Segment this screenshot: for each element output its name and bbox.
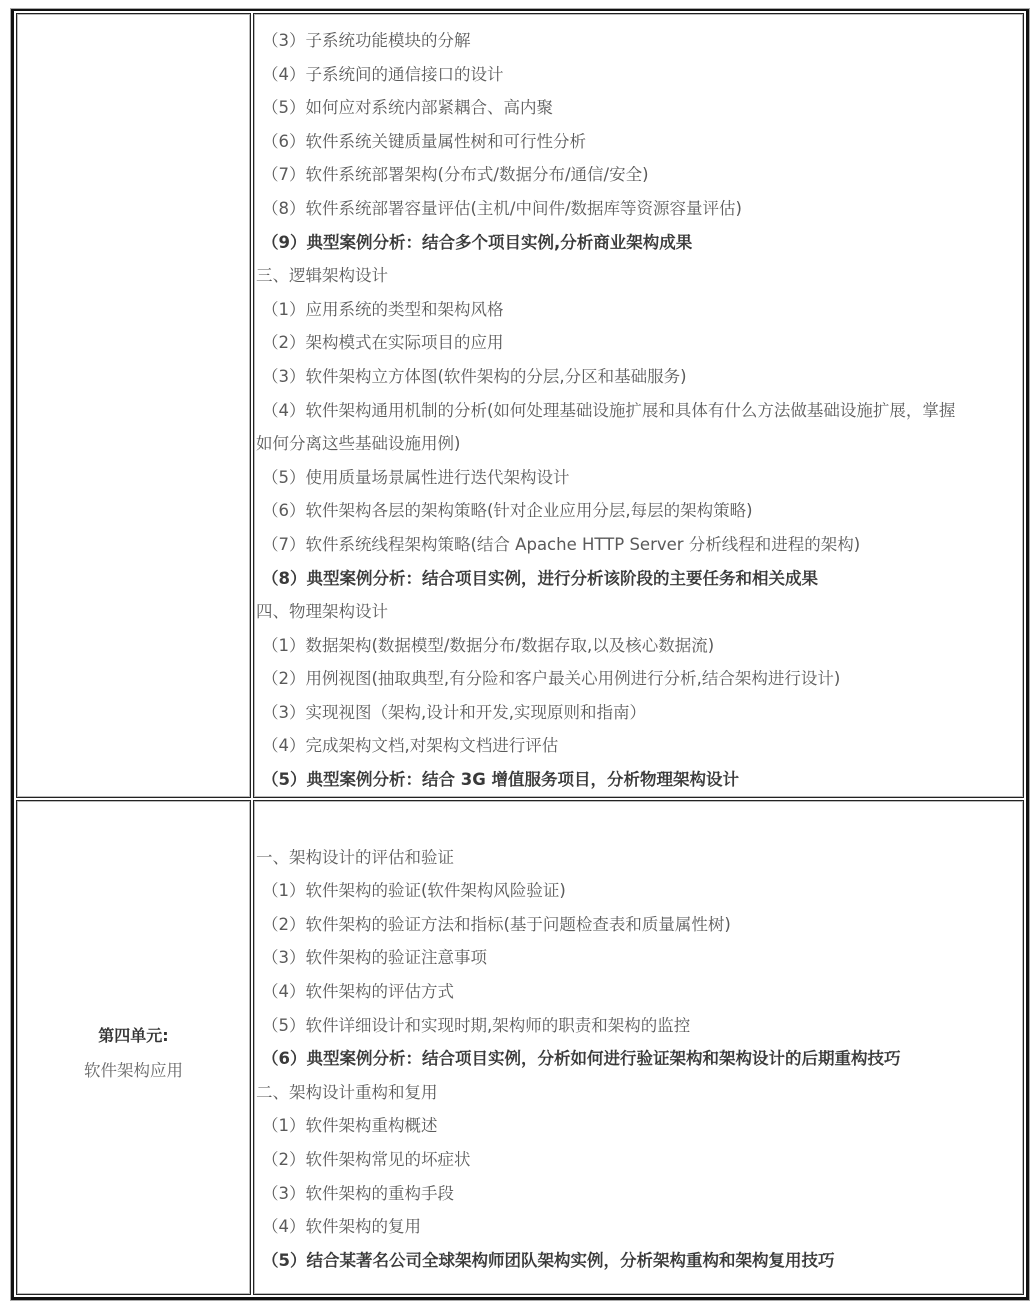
table-row: （3）子系统功能模块的分解（4）子系统间的通信接口的设计（5）如何应对系统内部紧… bbox=[16, 13, 1024, 798]
section-heading: 四、物理架构设计 bbox=[256, 595, 1023, 629]
list-item: （6）软件架构各层的架构策略(针对企业应用分层,每层的架构策略) bbox=[256, 494, 1023, 528]
section-heading: 一、架构设计的评估和验证 bbox=[256, 841, 1023, 875]
list-item: （1）软件架构的验证(软件架构风险验证) bbox=[256, 874, 1023, 908]
list-item: （3）子系统功能模块的分解 bbox=[256, 24, 1023, 58]
content-list: （3）子系统功能模块的分解（4）子系统间的通信接口的设计（5）如何应对系统内部紧… bbox=[254, 14, 1023, 797]
list-item: （3）软件架构的重构手段 bbox=[256, 1177, 1023, 1211]
list-item: （4）软件架构的评估方式 bbox=[256, 975, 1023, 1009]
section-heading: 三、逻辑架构设计 bbox=[256, 259, 1023, 293]
content-list: 一、架构设计的评估和验证（1）软件架构的验证(软件架构风险验证)（2）软件架构的… bbox=[254, 801, 1023, 1278]
list-item: （8）软件系统部署容量评估(主机/中间件/数据库等资源容量评估) bbox=[256, 192, 1023, 226]
unit-cell-empty bbox=[16, 13, 251, 798]
list-item: （3）实现视图（架构,设计和开发,实现原则和指南） bbox=[256, 696, 1023, 730]
content-cell: （3）子系统功能模块的分解（4）子系统间的通信接口的设计（5）如何应对系统内部紧… bbox=[253, 13, 1024, 798]
content-cell: 一、架构设计的评估和验证（1）软件架构的验证(软件架构风险验证)（2）软件架构的… bbox=[253, 800, 1024, 1295]
list-item: （5）典型案例分析：结合 3G 增值服务项目，分析物理架构设计 bbox=[256, 763, 1023, 797]
list-item: （3）软件架构立方体图(软件架构的分层,分区和基础服务) bbox=[256, 360, 1023, 394]
list-item: （6）典型案例分析：结合项目实例，分析如何进行验证架构和架构设计的后期重构技巧 bbox=[256, 1042, 1023, 1076]
unit-cell: 第四单元: 软件架构应用 bbox=[16, 800, 251, 1295]
list-item: （7）软件系统部署架构(分布式/数据分布/通信/安全) bbox=[256, 158, 1023, 192]
list-item: （2）架构模式在实际项目的应用 bbox=[256, 326, 1023, 360]
list-item: （4）软件架构的复用 bbox=[256, 1210, 1023, 1244]
list-item: （8）典型案例分析：结合项目实例，进行分析该阶段的主要任务和相关成果 bbox=[256, 562, 1023, 596]
list-item: （1）应用系统的类型和架构风格 bbox=[256, 293, 1023, 327]
list-item: （4）完成架构文档,对架构文档进行评估 bbox=[256, 729, 1023, 763]
list-item: （6）软件系统关键质量属性树和可行性分析 bbox=[256, 125, 1023, 159]
curriculum-table: （3）子系统功能模块的分解（4）子系统间的通信接口的设计（5）如何应对系统内部紧… bbox=[11, 9, 1029, 1300]
list-item: （9）典型案例分析：结合多个项目实例,分析商业架构成果 bbox=[256, 226, 1023, 260]
list-item: （4）子系统间的通信接口的设计 bbox=[256, 58, 1023, 92]
list-item: （5）结合某著名公司全球架构师团队架构实例，分析架构重构和架构复用技巧 bbox=[256, 1244, 1023, 1278]
list-item: （1）软件架构重构概述 bbox=[256, 1109, 1023, 1143]
table-row: 第四单元: 软件架构应用 一、架构设计的评估和验证（1）软件架构的验证(软件架构… bbox=[16, 800, 1024, 1295]
list-item: （7）软件系统线程架构策略(结合 Apache HTTP Server 分析线程… bbox=[256, 528, 1023, 562]
unit-name: 软件架构应用 bbox=[17, 1055, 250, 1087]
list-item: （3）软件架构的验证注意事项 bbox=[256, 941, 1023, 975]
list-item: （5）软件详细设计和实现时期,架构师的职责和架构的监控 bbox=[256, 1009, 1023, 1043]
section-heading: 二、架构设计重构和复用 bbox=[256, 1076, 1023, 1110]
list-item: （4）软件架构通用机制的分析(如何处理基础设施扩展和具体有什么方法做基础设施扩展… bbox=[256, 394, 1023, 428]
list-item: （5）如何应对系统内部紧耦合、高内聚 bbox=[256, 91, 1023, 125]
section-heading: 如何分离这些基础设施用例) bbox=[256, 427, 1023, 461]
unit-title: 第四单元: bbox=[17, 1017, 250, 1055]
list-item: （2）用例视图(抽取典型,有分险和客户最关心用例进行分析,结合架构进行设计) bbox=[256, 662, 1023, 696]
list-item: （5）使用质量场景属性进行迭代架构设计 bbox=[256, 461, 1023, 495]
list-item: （1）数据架构(数据模型/数据分布/数据存取,以及核心数据流) bbox=[256, 629, 1023, 663]
list-item: （2）软件架构常见的坏症状 bbox=[256, 1143, 1023, 1177]
list-item: （2）软件架构的验证方法和指标(基于问题检查表和质量属性树) bbox=[256, 908, 1023, 942]
